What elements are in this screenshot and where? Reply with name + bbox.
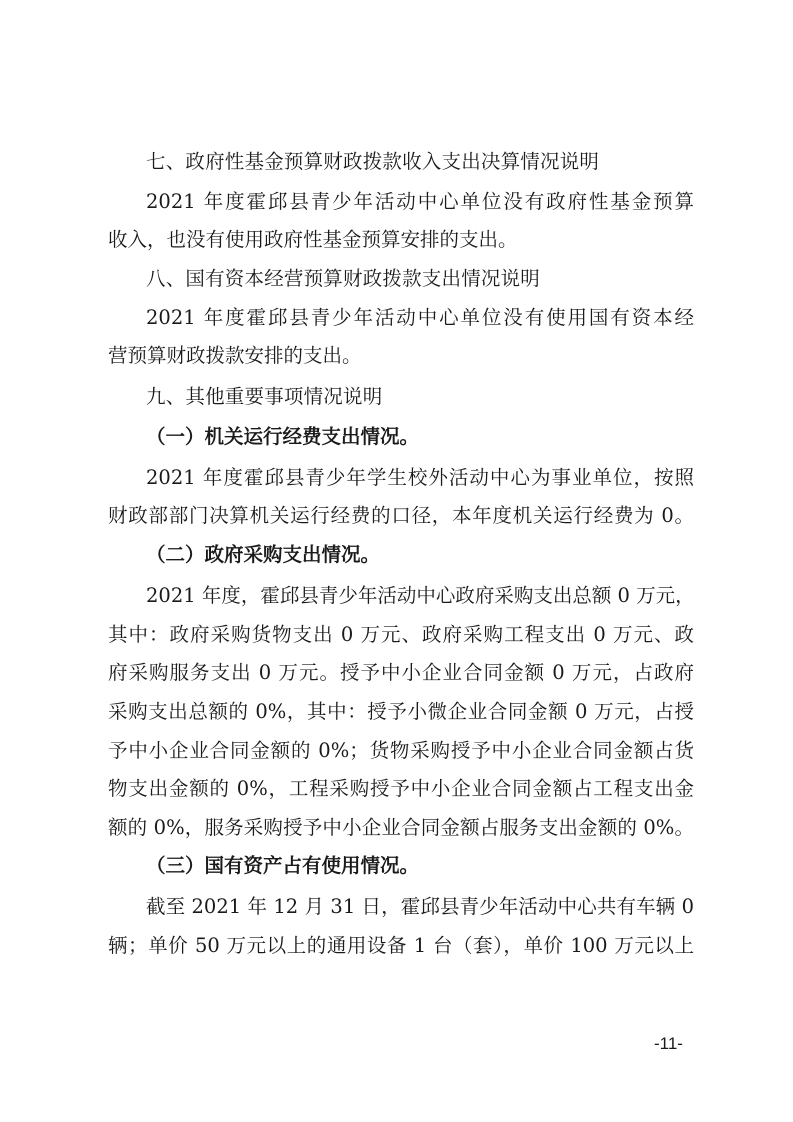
paragraph-line: 收入，也没有使用政府性基金预算安排的支出。 — [108, 228, 518, 252]
paragraph-line: 其中：政府采购货物支出 0 万元、政府采购工程支出 0 万元、政 — [108, 623, 694, 647]
subsection-heading-2: （二）政府采购支出情况。 — [146, 543, 380, 567]
paragraph-line: 2021 年度霍邱县青少年学生校外活动中心为事业单位，按照 — [146, 466, 694, 490]
paragraph-line: 2021 年度霍邱县青少年活动中心单位没有使用国有资本经 — [146, 306, 694, 330]
paragraph-line: 截至 2021 年 12 月 31 日，霍邱县青少年活动中心共有车辆 0 — [146, 895, 694, 919]
paragraph-line: 采购支出总额的 0%，其中：授予小微企业合同金额 0 万元，占授 — [108, 700, 694, 724]
section-heading-7: 七、政府性基金预算财政拨款收入支出决算情况说明 — [146, 150, 599, 174]
paragraph-line: 予中小企业合同金额的 0%；货物采购授予中小企业合同金额占货 — [108, 739, 694, 763]
subsection-heading-3: （三）国有资产占有使用情况。 — [146, 854, 419, 878]
section-heading-8: 八、国有资本经营预算财政拨款支出情况说明 — [146, 267, 540, 291]
paragraph-line: 营预算财政拨款安排的支出。 — [108, 344, 362, 368]
paragraph-line: 2021 年度霍邱县青少年活动中心单位没有政府性基金预算 — [146, 190, 694, 214]
page-number: -11- — [654, 1034, 683, 1054]
subsection-heading-1: （一）机关运行经费支出情况。 — [146, 425, 419, 449]
paragraph-line: 物支出金额的 0%，工程采购授予中小企业合同金额占工程支出金 — [108, 777, 694, 801]
paragraph-line: 府采购服务支出 0 万元。授予中小企业合同金额 0 万元，占政府 — [108, 661, 694, 685]
section-heading-9: 九、其他重要事项情况说明 — [146, 385, 382, 409]
paragraph-line: 财政部部门决算机关运行经费的口径，本年度机关运行经费为 0。 — [108, 504, 694, 528]
paragraph-line: 2021 年度，霍邱县青少年活动中心政府采购支出总额 0 万元， — [146, 584, 694, 608]
paragraph-line: 辆；单价 50 万元以上的通用设备 1 台（套），单价 100 万元以上 — [108, 934, 694, 958]
paragraph-line: 额的 0%，服务采购授予中小企业合同金额占服务支出金额的 0%。 — [108, 816, 694, 840]
